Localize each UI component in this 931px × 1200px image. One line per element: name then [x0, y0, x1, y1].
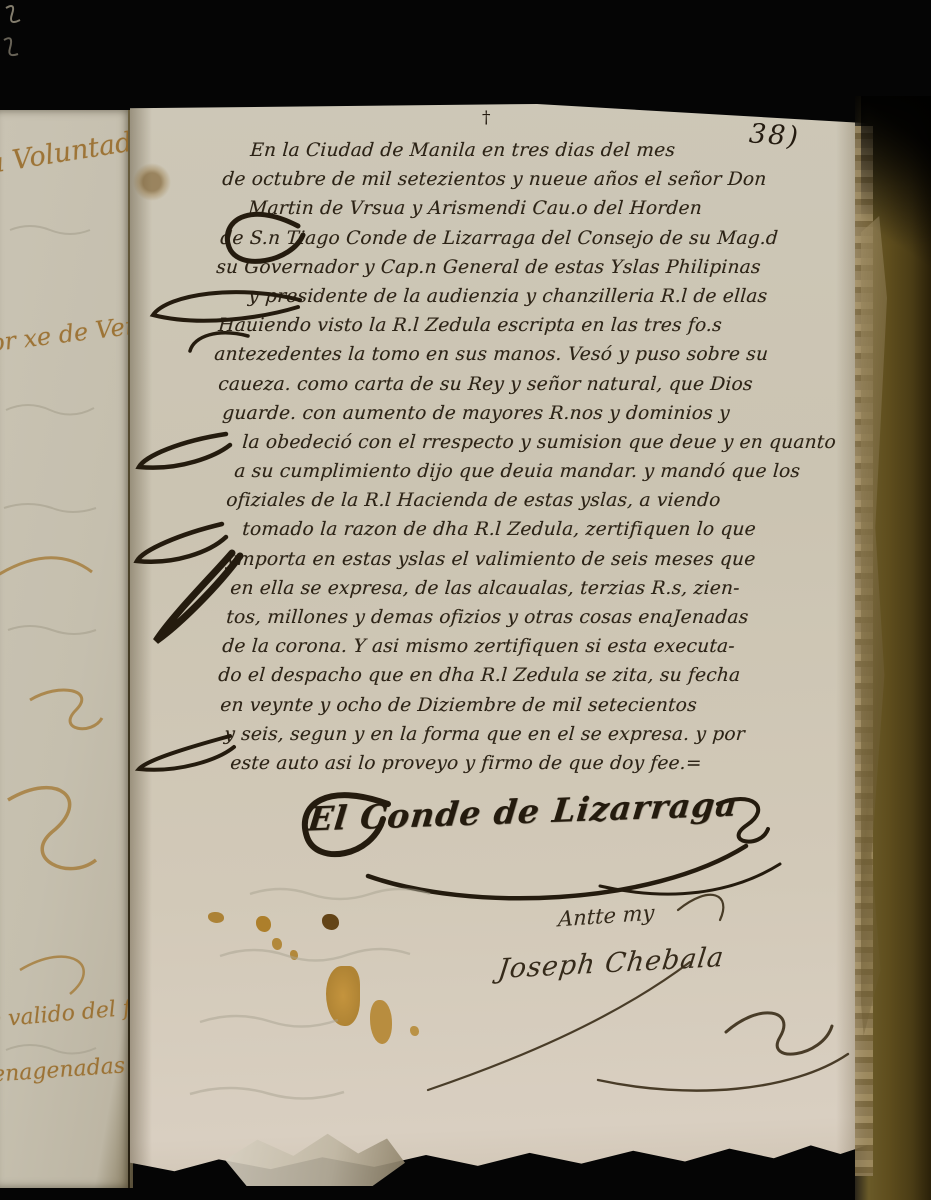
faded-text-fragment: enagenadas [0, 1053, 126, 1087]
manuscript-text-line: do el despacho que en dha R.l Zedula se … [129, 665, 871, 694]
manuscript-text-line: antezedentes la tomo en sus manos. Vesó … [129, 344, 871, 373]
manuscript-text-line: de octubre de mil setezientos y nueue añ… [129, 169, 871, 198]
ink-stain [272, 938, 282, 950]
manuscript-text-line: ymporta en estas yslas el valimiento de … [129, 549, 871, 578]
manuscript-text-line: y presidente de la audienzia y chanzille… [129, 286, 871, 315]
manuscript-text-line: Martin de Vrsua y Arismendi Cau.o del Ho… [129, 198, 871, 227]
photo-of-manuscript: u Voluntad tor xe de Vene e valido del f… [0, 0, 931, 1200]
manuscript-text-line: caueza. como carta de su Rey y señor nat… [129, 374, 871, 403]
manuscript-text-line: En la Ciudad de Manila en tres dias del … [129, 140, 871, 169]
ante-mi-label: Antte my [558, 901, 655, 932]
ink-stain [322, 914, 339, 930]
manuscript-text-line: en ella se expresa, de las alcaualas, te… [129, 578, 871, 607]
manuscript-text-line: a su cumplimiento dijo que deuia mandar.… [129, 461, 871, 490]
manuscript-text-line: la obedeció con el rrespecto y sumision … [129, 432, 871, 461]
ink-stain [290, 950, 298, 960]
manuscript-text-block: En la Ciudad de Manila en tres dias del … [130, 140, 870, 782]
faded-text-fragment: u Voluntad [0, 127, 134, 181]
faded-text-fragment: e valido del f [0, 996, 132, 1033]
notary-signature: Joseph Chebala [496, 942, 726, 985]
manuscript-text-line: su Governador y Cap.n General de estas Y… [129, 257, 871, 286]
manuscript-text-line: de S.n Tiago Conde de Lizarraga del Cons… [129, 228, 871, 257]
invocation-cross-mark: † [482, 108, 491, 128]
manuscript-text-line: y seis, segun y en la forma que en el se… [129, 724, 871, 753]
manuscript-text-line: en veynte y ocho de Diziembre de mil set… [129, 695, 871, 724]
cover-fold-shadow [861, 96, 931, 326]
manuscript-text-line: tomado la razon de dha R.l Zedula, zerti… [129, 519, 871, 548]
manuscript-text-line: tos, millones y demas ofizios y otras co… [129, 607, 871, 636]
manuscript-page: † 38) En la Ciudad de Manila en tres dia… [130, 104, 870, 1182]
manuscript-text-line: este auto asi lo proveyo y firmo de que … [129, 753, 871, 782]
manuscript-text-line: de la corona. Y asi mismo zertifiquen si… [129, 636, 871, 665]
manuscript-text-line: guarde. con aumento de mayores R.nos y d… [129, 403, 871, 432]
manuscript-text-line: ofiziales de la R.l Hacienda de estas ys… [129, 490, 871, 519]
previous-page-edge: u Voluntad tor xe de Vene e valido del f… [0, 110, 133, 1188]
ink-stain [410, 1026, 419, 1036]
governor-signature: El Conde de Lizarraga [306, 784, 740, 838]
ink-stain [326, 966, 360, 1026]
manuscript-text-line: Hauiendo visto la R.l Zedula escripta en… [129, 315, 871, 344]
ink-stain [208, 912, 224, 923]
ink-stain [256, 916, 271, 932]
ink-stain [370, 1000, 392, 1044]
corner-page-marks [0, 0, 40, 70]
